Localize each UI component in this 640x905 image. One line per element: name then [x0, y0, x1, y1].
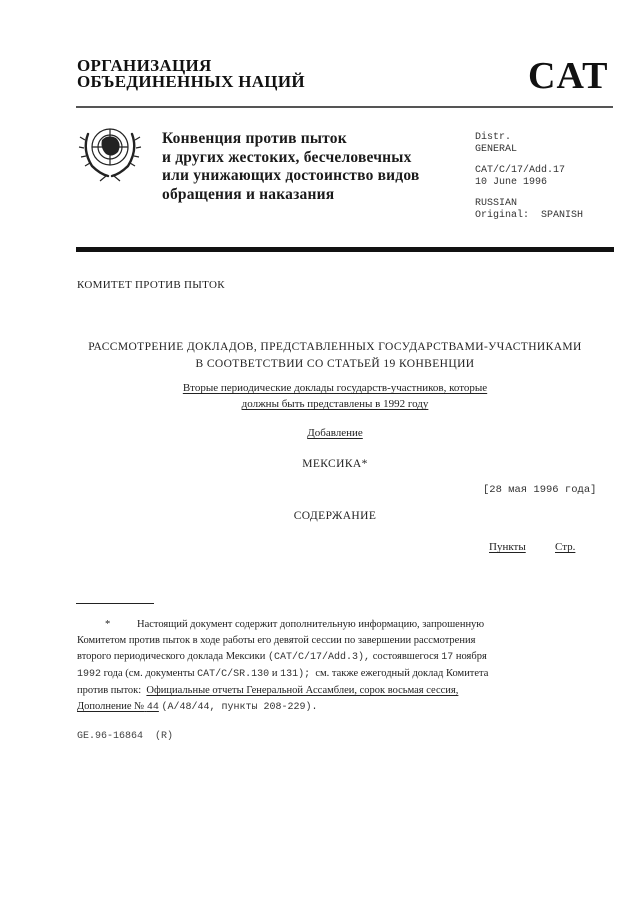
footnote-line: Настоящий документ содержит дополнительн…: [137, 619, 484, 630]
addendum-text: Добавление: [307, 427, 363, 439]
convention-title-line: обращения и наказания: [162, 186, 419, 205]
organization-name: ОРГАНИЗАЦИЯ ОБЪЕДИНЕННЫХ НАЦИЙ: [77, 58, 305, 90]
convention-title: Конвенция против пыток и других жестоких…: [162, 130, 419, 204]
column-paragraphs: Пункты: [489, 541, 526, 553]
report-date: [28 мая 1996 года]: [483, 484, 596, 496]
footnote: *Настоящий документ содержит дополнитель…: [77, 617, 557, 716]
convention-title-line: Конвенция против пыток: [162, 130, 419, 149]
country-name: МЕКСИКА*: [0, 458, 640, 470]
report-subtitle: Вторые периодические доклады государств-…: [0, 380, 640, 412]
footnote-doc-ref: (CAT/C/17/Add.3),: [268, 652, 370, 663]
header-thick-divider: [76, 247, 614, 252]
footnote-text: второго периодического доклада Мексики: [77, 651, 265, 662]
column-paragraphs-label: Пункты: [489, 541, 526, 553]
footnote-text: и: [272, 668, 278, 679]
footnote-divider: [76, 603, 154, 604]
footnote-text: ноября: [456, 651, 487, 662]
report-title: РАССМОТРЕНИЕ ДОКЛАДОВ, ПРЕДСТАВЛЕННЫХ ГО…: [0, 339, 640, 373]
distribution-value: GENERAL: [475, 144, 583, 156]
footnote-doc-ref: (A/48/44, пункты 208-229).: [161, 702, 317, 713]
footnote-text: года (см. документы: [104, 668, 195, 679]
footnote-line: Комитетом против пыток в ходе работы его…: [77, 633, 557, 649]
committee-name: КОМИТЕТ ПРОТИВ ПЫТОК: [77, 279, 225, 291]
footnote-number: 131);: [280, 669, 310, 680]
footnote-number: 17: [441, 652, 453, 663]
report-subtitle-line: Вторые периодические доклады государств-…: [183, 382, 487, 394]
addendum-label: Добавление: [0, 427, 640, 439]
report-subtitle-line: должны быть представлены в 1992 году: [242, 398, 429, 410]
footnote-citation: Официальные отчеты Генеральной Ассамблеи…: [146, 685, 458, 696]
footnote-citation-number: 44: [147, 702, 159, 713]
footnote-citation: Дополнение №: [77, 701, 144, 712]
document-date: 10 June 1996: [475, 177, 583, 189]
footnote-text: см. также ежегодный доклад Комитета: [315, 668, 488, 679]
footnote-number: 1992: [77, 669, 101, 680]
job-number: GE.96-16864 (R): [77, 731, 173, 742]
header-divider: [76, 106, 613, 108]
report-title-line: РАССМОТРЕНИЕ ДОКЛАДОВ, ПРЕДСТАВЛЕННЫХ ГО…: [0, 339, 640, 356]
contents-heading: СОДЕРЖАНИЕ: [0, 510, 640, 522]
column-page-label: Стр.: [555, 541, 575, 553]
un-emblem-icon: [78, 118, 142, 182]
original-language: Original: SPANISH: [475, 210, 583, 222]
footnote-text: состоявшегося: [373, 651, 439, 662]
convention-title-line: и других жестоких, бесчеловечных: [162, 149, 419, 168]
document-language: RUSSIAN: [475, 198, 583, 210]
convention-title-line: или унижающих достоинство видов: [162, 167, 419, 186]
footnote-marker: *: [105, 617, 137, 633]
document-series-symbol: CAT: [528, 56, 608, 96]
document-metadata: Distr. GENERAL CAT/C/17/Add.17 10 June 1…: [475, 132, 583, 221]
document-symbol: CAT/C/17/Add.17: [475, 165, 583, 177]
report-title-line: В СООТВЕТСТВИИ СО СТАТЬЕЙ 19 КОНВЕНЦИИ: [0, 356, 640, 373]
footnote-text: против пыток:: [77, 685, 141, 696]
column-page: Стр.: [555, 541, 575, 553]
organization-line-2: ОБЪЕДИНЕННЫХ НАЦИЙ: [77, 74, 305, 90]
footnote-doc-ref: CAT/C/SR.130: [197, 669, 269, 680]
distribution-label: Distr.: [475, 132, 583, 144]
